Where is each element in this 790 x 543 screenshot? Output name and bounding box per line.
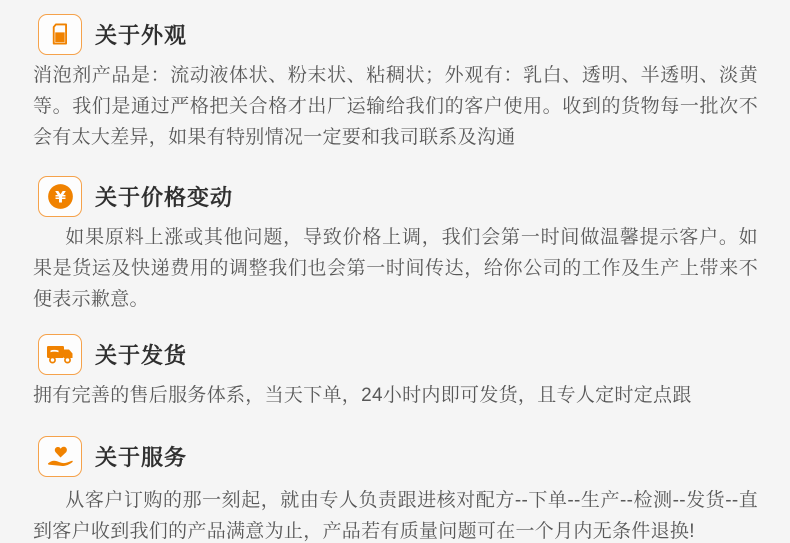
section-appearance: 关于外观 消泡剂产品是：流动液体状、粉末状、粘稠状；外观有：乳白、透明、半透明、…: [33, 13, 758, 153]
yuan-coin-icon: ¥: [47, 183, 74, 210]
heart-hand-icon-box: [38, 436, 82, 477]
truck-icon: [46, 343, 74, 365]
section-price-title: 关于价格变动: [95, 181, 233, 212]
beaker-icon: [47, 21, 73, 47]
heart-hand-icon: [46, 443, 74, 469]
section-price: ¥ 关于价格变动 如果原料上涨或其他问题，导致价格上调，我们会第一时间做温馨提示…: [33, 175, 758, 315]
section-appearance-title: 关于外观: [95, 19, 187, 50]
section-price-header: ¥ 关于价格变动: [33, 175, 758, 217]
section-price-text: 如果原料上涨或其他问题，导致价格上调，我们会第一时间做温馨提示客户。如果是货运及…: [33, 222, 758, 315]
section-appearance-text: 消泡剂产品是：流动液体状、粉末状、粘稠状；外观有：乳白、透明、半透明、淡黄等。我…: [33, 60, 758, 153]
section-service-text: 从客户订购的那一刻起，就由专人负责跟进核对配方--下单--生产--检测--发货-…: [33, 485, 758, 543]
truck-icon-box: [38, 334, 82, 375]
section-appearance-header: 关于外观: [33, 13, 758, 55]
section-service: 关于服务 从客户订购的那一刻起，就由专人负责跟进核对配方--下单--生产--检测…: [33, 435, 758, 543]
product-info-page: 关于外观 消泡剂产品是：流动液体状、粉末状、粘稠状；外观有：乳白、透明、半透明、…: [0, 0, 790, 543]
section-shipping: 关于发货 拥有完善的售后服务体系，当天下单，24小时内即可发货，且专人定时定点跟: [33, 333, 758, 411]
section-shipping-header: 关于发货: [33, 333, 758, 375]
section-service-header: 关于服务: [33, 435, 758, 477]
yuan-coin-icon-box: ¥: [38, 176, 82, 217]
section-shipping-text: 拥有完善的售后服务体系，当天下单，24小时内即可发货，且专人定时定点跟: [33, 380, 758, 411]
svg-text:¥: ¥: [55, 187, 66, 206]
beaker-icon-box: [38, 14, 82, 55]
section-shipping-title: 关于发货: [95, 339, 187, 370]
section-service-title: 关于服务: [95, 441, 187, 472]
